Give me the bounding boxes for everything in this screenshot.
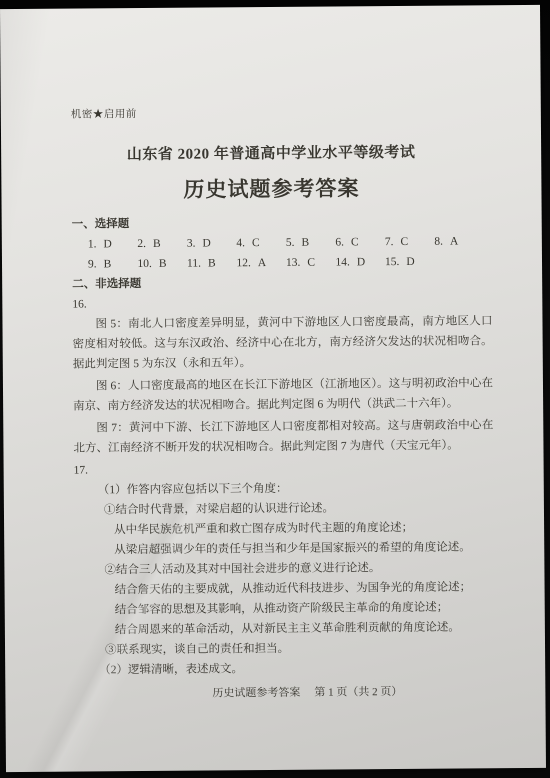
q17-line-angle2-point3: 结合周恩来的革命活动，从对新民主主义革命胜利贡献的角度论述。 bbox=[75, 617, 495, 640]
mcq-answer-5: 5.B bbox=[286, 233, 336, 253]
q17-line-part2: （2）逻辑清晰，表述成文。 bbox=[75, 657, 495, 680]
mcq-number: 13. bbox=[286, 257, 300, 269]
answer-content: 一、选择题 1.D 2.B 3.D 4.C 5.B 6.C 7.C 8.A 9.… bbox=[72, 211, 496, 680]
mcq-letter: B bbox=[208, 257, 216, 269]
mcq-number: 7. bbox=[385, 236, 394, 248]
mcq-answer-6: 6.C bbox=[335, 232, 385, 252]
mcq-letter: D bbox=[202, 237, 210, 249]
mcq-answer-1: 1.D bbox=[88, 234, 138, 254]
mcq-answers-row-2: 9.B 10.B 11.B 12.A 13.C 14.D 15.D bbox=[72, 251, 492, 274]
mcq-letter: A bbox=[258, 257, 266, 269]
footer-page-number: 第 1 页（共 2 页） bbox=[314, 686, 402, 699]
mcq-answer-10: 10.B bbox=[137, 254, 187, 274]
mcq-letter: B bbox=[104, 258, 112, 270]
exam-title: 山东省 2020 年普通高中学业水平等级考试 bbox=[1, 141, 541, 167]
mcq-answer-2: 2.B bbox=[137, 234, 187, 254]
mcq-letter: D bbox=[103, 238, 111, 250]
mcq-answer-3: 3.D bbox=[187, 233, 237, 253]
mcq-number: 4. bbox=[236, 237, 245, 249]
q16-answer-fig5: 图 5：南北人口密度差异明显，黄河中下游地区人口密度最高，南方地区人口密度相对较… bbox=[72, 311, 492, 374]
mcq-number: 10. bbox=[137, 258, 151, 270]
mcq-letter: C bbox=[400, 236, 408, 248]
mcq-answer-8: 8.A bbox=[434, 231, 484, 251]
mcq-number: 5. bbox=[286, 237, 295, 249]
security-notice: 机密★启用前 bbox=[71, 105, 541, 123]
mcq-answer-14: 14.D bbox=[335, 252, 385, 272]
mcq-letter: C bbox=[307, 257, 315, 269]
mcq-answer-9: 9.B bbox=[88, 254, 138, 274]
mcq-letter: D bbox=[357, 256, 365, 268]
mcq-number: 3. bbox=[187, 238, 196, 250]
mcq-letter: B bbox=[153, 238, 161, 250]
q16-answer-fig6: 图 6：人口密度最高的地区在长江下游地区（江浙地区）。这与明初政治中心在南京、南… bbox=[73, 373, 493, 416]
mcq-letter: D bbox=[406, 256, 414, 268]
mcq-number: 15. bbox=[385, 256, 399, 268]
page-footer: 历史试题参考答案第 1 页（共 2 页） bbox=[5, 682, 545, 702]
mcq-number: 8. bbox=[434, 236, 443, 248]
document-title: 历史试题参考答案 bbox=[1, 173, 541, 205]
q17-line-angle1-point2: 从梁启超强调少年的责任与担当和少年是国家振兴的希望的角度论述。 bbox=[74, 537, 494, 560]
mcq-answer-15: 15.D bbox=[385, 252, 435, 272]
mcq-letter: B bbox=[301, 237, 309, 249]
mcq-number: 2. bbox=[137, 238, 146, 250]
mcq-letter: A bbox=[450, 236, 458, 248]
mcq-number: 6. bbox=[335, 236, 344, 248]
exam-answer-sheet-page: 机密★启用前 山东省 2020 年普通高中学业水平等级考试 历史试题参考答案 一… bbox=[0, 5, 546, 772]
mcq-answer-13: 13.C bbox=[286, 253, 336, 273]
photo-background: 机密★启用前 山东省 2020 年普通高中学业水平等级考试 历史试题参考答案 一… bbox=[0, 0, 550, 778]
mcq-letter: C bbox=[351, 236, 359, 248]
mcq-number: 12. bbox=[236, 257, 250, 269]
mcq-letter: B bbox=[159, 258, 167, 270]
mcq-number: 14. bbox=[335, 256, 349, 268]
mcq-number: 1. bbox=[88, 238, 97, 250]
mcq-answer-12: 12.A bbox=[236, 253, 286, 273]
mcq-number: 11. bbox=[187, 258, 201, 270]
mcq-number: 9. bbox=[88, 258, 97, 270]
footer-title: 历史试题参考答案 bbox=[212, 687, 300, 700]
mcq-answer-7: 7.C bbox=[385, 232, 435, 252]
q16-answer-fig7: 图 7：黄河中下游、长江下游地区人口密度都相对较高。这与唐朝政治中心在北方、江南… bbox=[73, 415, 493, 458]
mcq-answer-4: 4.C bbox=[236, 233, 286, 253]
mcq-answer-11: 11.B bbox=[187, 253, 237, 273]
mcq-letter: C bbox=[252, 237, 260, 249]
